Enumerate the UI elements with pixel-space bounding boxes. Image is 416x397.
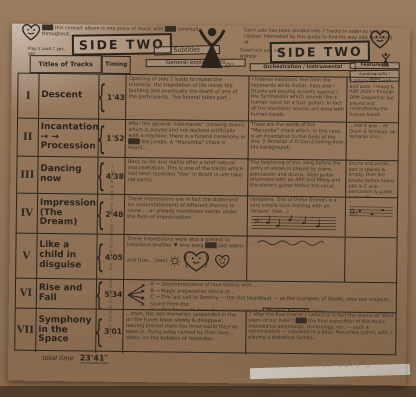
track-duration: {2'48″ — [96, 195, 124, 234]
music-staff-doodle-small: 9: — [348, 204, 394, 218]
track-duration: {4'38″ — [97, 158, 125, 194]
track-features-notes: …mar é que… de Orum & Yemanjá, de Yemanj… — [346, 123, 398, 161]
table-row-like-a-child: V Like a child in disguise {4'05″ These … — [16, 234, 397, 284]
brace-doodle: { — [96, 238, 105, 276]
track-number: V — [16, 234, 36, 278]
track-section-list: A → Degenerescence of love theme with… B… — [123, 280, 396, 312]
track-table: I Descent {1'43″ Opening of side 2 leads… — [14, 73, 399, 356]
titles-of-tracks-header: Titles of Tracks — [30, 55, 102, 73]
table-row-descent: I Descent {1'43″ Opening of side 2 leads… — [18, 74, 399, 124]
total-time-row: total time 23'41″ — [42, 353, 162, 364]
track-number: IV — [17, 194, 37, 233]
squiggle-doodle — [256, 238, 326, 249]
brace-doodle: { — [97, 120, 106, 157]
svg-text:𝄢: 𝄢 — [254, 218, 260, 229]
track-duration: {1'52″ — [97, 120, 125, 157]
track-orchestration-notes: variations. One of these themes is a ver… — [246, 196, 345, 236]
track-title: Incantation → → Procession — [37, 119, 97, 157]
track-general-notes: These impressions are in fact the statem… — [124, 195, 247, 235]
track-general-notes: After the general “ralentando” (slowing … — [125, 120, 248, 158]
brace-doodle: { — [97, 158, 106, 194]
table-row-rise-and-fall: VI Rise and Fall {5'34″ A → Degenerescen… — [16, 279, 396, 314]
track-general-notes: Back to life and reality after a brief n… — [125, 158, 248, 195]
brace-doodle: { — [96, 195, 105, 233]
side-two-label-right: SIDE TWO — [270, 41, 370, 64]
orchestration-header: Orchestration / Instrumental — [250, 63, 356, 71]
album-insert-paper: ███ this concert album is one piece of m… — [8, 24, 410, 386]
track-features-notes: … — [344, 238, 396, 283]
sun-doodle — [169, 255, 180, 266]
track-orchestration-notes: These are the words of the “Macumba” cha… — [247, 121, 346, 159]
heart-face-doodle — [213, 253, 231, 269]
track-general-notes: These impressions were also a pretext to… — [124, 235, 247, 280]
track-general-notes: Opening of side 2 leads to repeat the in… — [126, 75, 249, 120]
track-features-notes: … 9: — [345, 198, 397, 238]
track-duration: {1'43″ — [98, 75, 126, 119]
svg-text:9:: 9: — [350, 207, 358, 216]
track-title: Rise and Fall — [36, 279, 96, 309]
face-in-heart-doodle — [181, 249, 211, 273]
track-orchestration-notes: ♪ after the final theme ♪ (which is in f… — [245, 311, 396, 356]
track-number: III — [17, 157, 37, 193]
music-staff-doodle: 𝄢 — [249, 215, 337, 231]
table-row-dancing-now: III Dancing now {4'38″ Back to life and … — [17, 157, 397, 199]
brace-doodle: { — [98, 78, 107, 116]
track-features-notes: drums and vocals… part is spacey & empty… — [345, 161, 397, 198]
timing-header: Timing — [102, 56, 131, 74]
track-title: Descent — [38, 74, 98, 119]
track-orchestration-notes: ♯ Intense electronic feel from the keybo… — [248, 76, 347, 121]
photo-of-album-insert: ███ this concert album is one piece of m… — [0, 0, 416, 397]
total-time-value: 23'41″ — [80, 353, 108, 363]
track-general-notes: …then, the last moments; suspended in th… — [123, 310, 246, 354]
track-number: I — [18, 74, 38, 118]
brace-doodle: { — [95, 280, 104, 309]
heart-face-doodle-left — [20, 22, 42, 42]
brace-doodle: { — [95, 312, 104, 350]
track-number: VII — [15, 309, 35, 352]
track-orchestration-notes: … — [246, 236, 345, 281]
catalog-number: SD 1875 S — [322, 362, 371, 369]
track-title: Symphony in the Space — [35, 309, 95, 353]
fan-arrows-doodle — [126, 282, 148, 308]
features-header: Features ✓ — [350, 62, 400, 70]
table-row-symphony: VII Symphony in the Space {3'01″ …then, … — [15, 309, 395, 357]
track-title: Impressions (The Dream) — [37, 194, 97, 234]
heart-face-doodle-right — [368, 28, 392, 50]
track-duration: {5'34″ — [95, 280, 123, 309]
table-row-incantation: II Incantation → → Procession {1'52″ Aft… — [18, 119, 398, 162]
track-features-notes: ♯ polymoog, ♯ wah and wow, ♯ moog & ARP … — [346, 78, 398, 123]
signature-doodle: Dᵐ — [226, 62, 234, 69]
track-title: Dancing now — [37, 157, 97, 194]
track-duration: {3'01″ — [95, 310, 123, 353]
cardboard-band-dark — [0, 386, 416, 397]
track-number: VI — [16, 279, 36, 308]
track-duration: {4'05″ — [96, 235, 124, 279]
table-row-impressions: IV Impressions (The Dream) {2'48″ These … — [17, 194, 397, 239]
figure-logo — [194, 26, 231, 72]
track-title: Like a child in disguise — [36, 234, 96, 279]
track-number: II — [18, 119, 38, 156]
total-time-label: total time — [42, 354, 74, 362]
track-orchestration-notes: The beginning of this song before the en… — [247, 159, 346, 196]
